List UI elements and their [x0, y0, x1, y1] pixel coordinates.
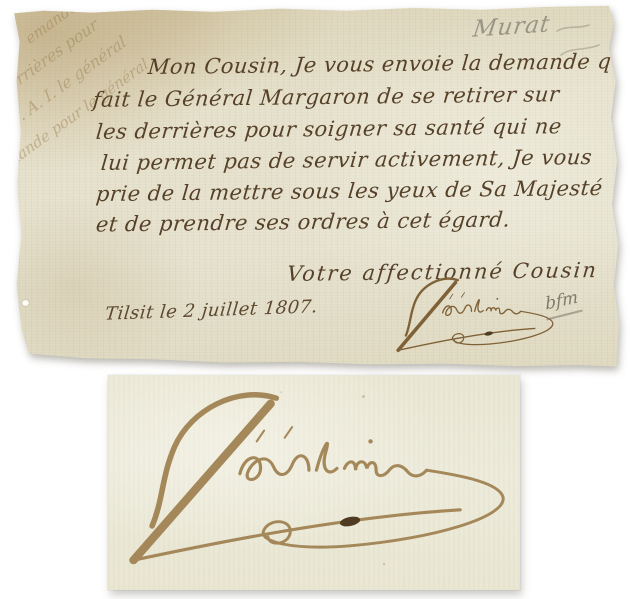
letter-line: les derrières pour soigner sa santé qui … [95, 114, 563, 144]
joachim-signature-large [126, 391, 518, 571]
letter-line: lui permet pas de servir activement, Je … [100, 145, 593, 175]
pencil-note-murat: Murat [471, 11, 552, 43]
letter-paper: emande rrières pour S. A. I. le général … [13, 5, 620, 368]
letter-photo: emande rrières pour S. A. I. le général … [13, 5, 620, 368]
letter-line: fait le Général Margaron de se retirer s… [92, 82, 561, 112]
paper-hole [22, 300, 29, 306]
dateline: Tilsit le 2 juillet 1807. [104, 296, 319, 325]
joachim-signature-small [395, 277, 559, 355]
letter-line: Mon Cousin, Je vous envoie la demande qu… [147, 49, 630, 79]
letter-line: et de prendre ses ordres à cet égard. [95, 207, 512, 236]
signature-crop-photo [108, 375, 520, 590]
letter-line: prie de la mettre sous les yeux de Sa Ma… [95, 176, 604, 206]
auction-photo-canvas: emande rrières pour S. A. I. le général … [0, 0, 630, 599]
